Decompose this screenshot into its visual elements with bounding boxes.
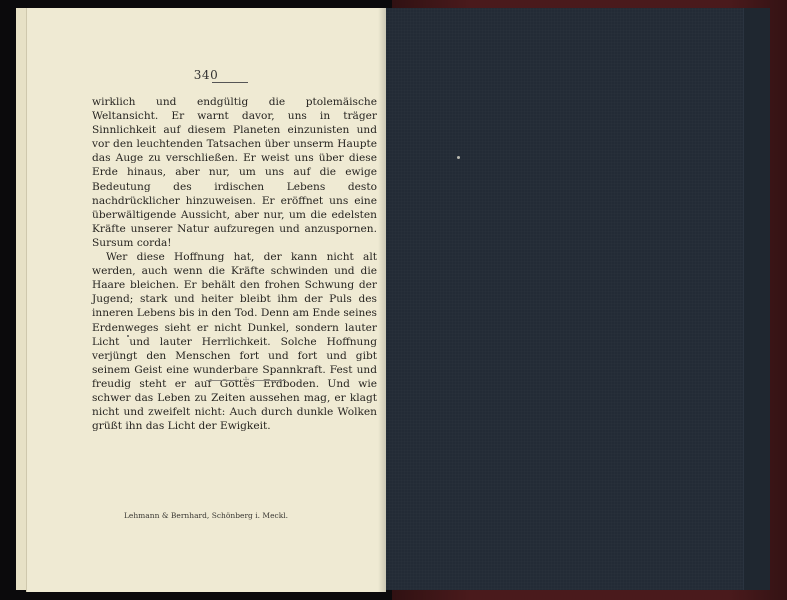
endpaper-fold — [743, 8, 770, 590]
page-number: 340 — [26, 68, 386, 82]
paper-speck — [457, 156, 460, 159]
ink-dot — [127, 335, 129, 337]
printer-imprint: Lehmann & Bernhard, Schönberg i. Meckl. — [26, 511, 386, 520]
rule-line-left — [206, 380, 239, 381]
ornamental-rule: ☩ — [206, 376, 286, 384]
page-number-rule — [212, 82, 248, 83]
paragraph: Wer diese Hoffnung hat, der kann nicht a… — [92, 250, 377, 433]
endpaper-right — [385, 8, 770, 590]
ornament-icon: ☩ — [243, 376, 249, 384]
paragraph: wirklich und endgültig die ptolemäische … — [92, 95, 377, 250]
rule-line-right — [253, 380, 286, 381]
gutter-shadow — [378, 8, 386, 592]
left-page: 340 wirklich und endgültig die ptolemäis… — [26, 8, 386, 592]
